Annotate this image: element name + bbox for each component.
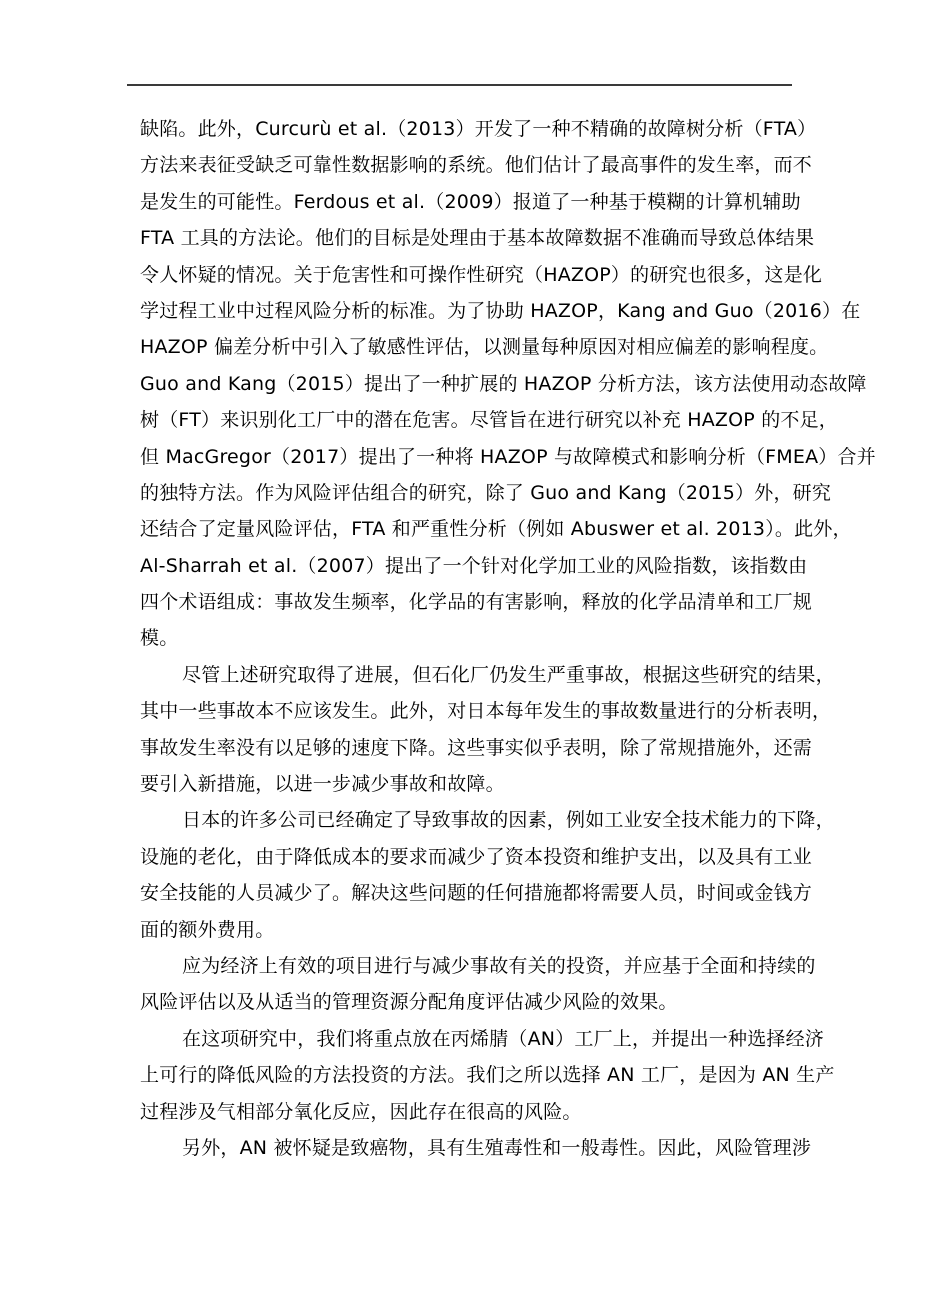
text-line: 方法来表征受缺乏可靠性数据影响的系统。他们估计了最高事件的发生率，而不 <box>140 147 788 183</box>
text-line: 要引入新措施，以进一步减少事故和故障。 <box>140 766 788 802</box>
paragraph-3: 日本的许多公司已经确定了导致事故的因素，例如工业安全技术能力的下降， 设施的老化… <box>140 802 788 948</box>
text-line: 尽管上述研究取得了进展，但石化厂仍发生严重事故，根据这些研究的结果， <box>140 657 788 693</box>
paragraph-5: 在这项研究中，我们将重点放在丙烯腈（AN）工厂上，并提出一种选择经济 上可行的降… <box>140 1021 788 1130</box>
text-line: 安全技能的人员减少了。解决这些问题的任何措施都将需要人员，时间或金钱方 <box>140 875 788 911</box>
text-line: 应为经济上有效的项目进行与减少事故有关的投资，并应基于全面和持续的 <box>140 948 788 984</box>
text-line: 另外，AN 被怀疑是致癌物，具有生殖毒性和一般毒性。因此，风险管理涉 <box>140 1130 788 1166</box>
text-line: 学过程工业中过程风险分析的标准。为了协助 HAZOP，Kang and Guo（… <box>140 293 788 329</box>
text-line: 四个术语组成：事故发生频率，化学品的有害影响，释放的化学品清单和工厂规 <box>140 584 788 620</box>
paragraph-4: 应为经济上有效的项目进行与减少事故有关的投资，并应基于全面和持续的 风险评估以及… <box>140 948 788 1021</box>
document-page: 缺陷。此外，Curcurù et al.（2013）开发了一种不精确的故障树分析… <box>0 0 926 1309</box>
text-line: HAZOP 偏差分析中引入了敏感性评估，以测量每种原因对相应偏差的影响程度。 <box>140 329 788 365</box>
text-line: Guo and Kang（2015）提出了一种扩展的 HAZOP 分析方法，该方… <box>140 366 788 402</box>
text-line: 树（FT）来识别化工厂中的潜在危害。尽管旨在进行研究以补充 HAZOP 的不足， <box>140 402 788 438</box>
body-text: 缺陷。此外，Curcurù et al.（2013）开发了一种不精确的故障树分析… <box>140 111 788 1166</box>
text-line: 缺陷。此外，Curcurù et al.（2013）开发了一种不精确的故障树分析… <box>140 111 788 147</box>
text-line: 还结合了定量风险评估，FTA 和严重性分析（例如 Abuswer et al. … <box>140 511 788 547</box>
paragraph-6: 另外，AN 被怀疑是致癌物，具有生殖毒性和一般毒性。因此，风险管理涉 <box>140 1130 788 1166</box>
text-line: 面的额外费用。 <box>140 912 788 948</box>
text-line: 日本的许多公司已经确定了导致事故的因素，例如工业安全技术能力的下降， <box>140 802 788 838</box>
text-line: 设施的老化，由于降低成本的要求而减少了资本投资和维护支出，以及具有工业 <box>140 839 788 875</box>
text-line: FTA 工具的方法论。他们的目标是处理由于基本故障数据不准确而导致总体结果 <box>140 220 788 256</box>
header-rule <box>127 84 792 86</box>
text-line: 过程涉及气相部分氧化反应，因此存在很高的风险。 <box>140 1094 788 1130</box>
text-line: 其中一些事故本不应该发生。此外，对日本每年发生的事故数量进行的分析表明， <box>140 693 788 729</box>
text-line: Al-Sharrah et al.（2007）提出了一个针对化学加工业的风险指数… <box>140 548 788 584</box>
text-line: 令人怀疑的情况。关于危害性和可操作性研究（HAZOP）的研究也很多，这是化 <box>140 257 788 293</box>
text-line: 事故发生率没有以足够的速度下降。这些事实似乎表明，除了常规措施外，还需 <box>140 730 788 766</box>
paragraph-2: 尽管上述研究取得了进展，但石化厂仍发生严重事故，根据这些研究的结果， 其中一些事… <box>140 657 788 803</box>
text-line: 模。 <box>140 620 788 656</box>
text-line: 是发生的可能性。Ferdous et al.（2009）报道了一种基于模糊的计算… <box>140 184 788 220</box>
text-line: 的独特方法。作为风险评估组合的研究，除了 Guo and Kang（2015）外… <box>140 475 788 511</box>
text-line: 但 MacGregor（2017）提出了一种将 HAZOP 与故障模式和影响分析… <box>140 439 788 475</box>
paragraph-1: 缺陷。此外，Curcurù et al.（2013）开发了一种不精确的故障树分析… <box>140 111 788 657</box>
text-line: 在这项研究中，我们将重点放在丙烯腈（AN）工厂上，并提出一种选择经济 <box>140 1021 788 1057</box>
text-line: 风险评估以及从适当的管理资源分配角度评估减少风险的效果。 <box>140 984 788 1020</box>
text-line: 上可行的降低风险的方法投资的方法。我们之所以选择 AN 工厂，是因为 AN 生产 <box>140 1057 788 1093</box>
